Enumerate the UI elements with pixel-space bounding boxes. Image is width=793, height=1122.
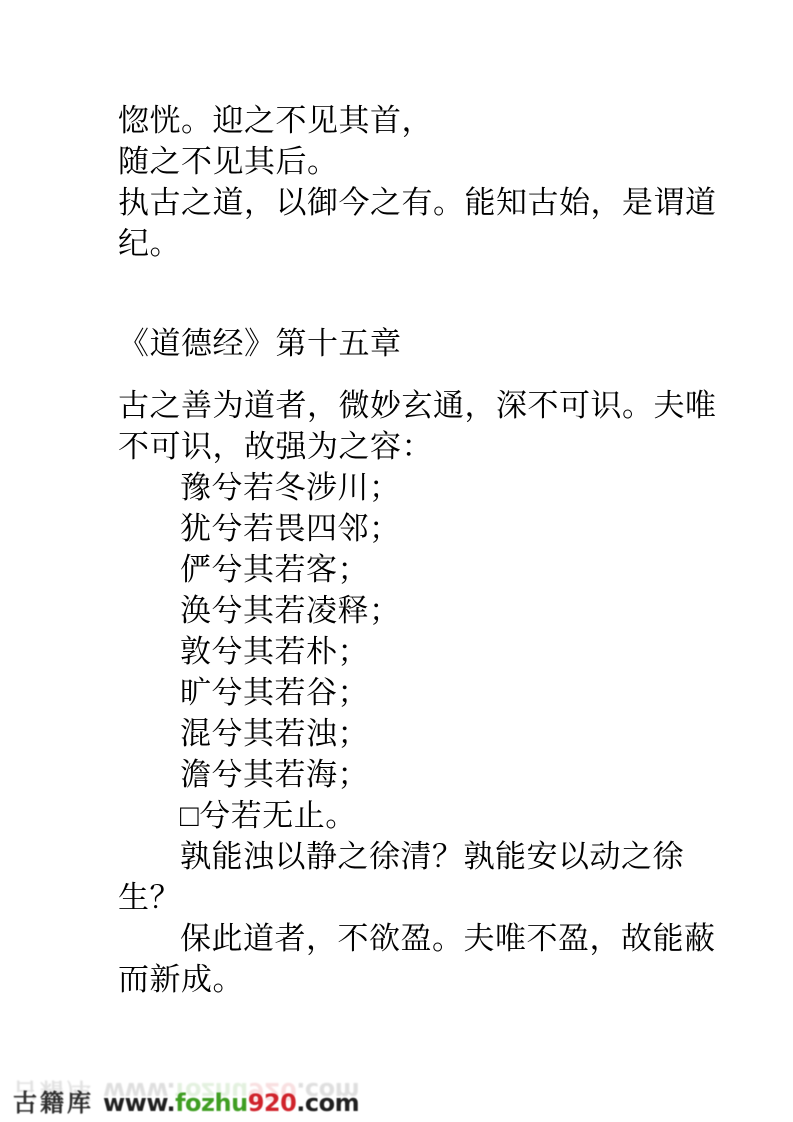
text-line: 澹兮其若海； — [118, 754, 724, 795]
text-line: 俨兮其若客； — [118, 549, 724, 590]
site-logo-reflection-url-suffix: .com — [296, 1077, 359, 1105]
text-line: 古之善为道者，微妙玄通，深不可识。夫唯 — [118, 385, 724, 426]
text-line: 敦兮其若朴； — [118, 631, 724, 672]
text-line: 执古之道，以御今之有。能知古始，是谓道 — [118, 182, 724, 223]
text-line: 随之不见其后。 — [118, 141, 724, 182]
document-page: 惚恍。迎之不见其首，随之不见其后。执古之道，以御今之有。能知古始，是谓道纪。《道… — [0, 0, 793, 1122]
text-line: 不可识，故强为之容： — [118, 426, 724, 467]
text-line: 豫兮若冬涉川； — [118, 467, 724, 508]
chapter-title: 《道德经》第十五章 — [118, 323, 724, 364]
text-line: 旷兮其若谷； — [118, 672, 724, 713]
text-line: 生？ — [118, 877, 724, 918]
site-logo-reflection-brand: 古籍库 — [13, 1077, 94, 1105]
text-line: 犹兮若畏四邻； — [118, 508, 724, 549]
text-line: □兮若无止。 — [118, 795, 724, 836]
text-line: 惚恍。迎之不见其首， — [118, 100, 724, 141]
text-line: 孰能浊以静之徐清？孰能安以动之徐 — [118, 836, 724, 877]
site-logo-reflection: 古籍库www.fozhu920.com — [13, 1083, 359, 1111]
site-logo-reflection-url-red: 920 — [248, 1077, 297, 1105]
document-body: 惚恍。迎之不见其首，随之不见其后。执古之道，以御今之有。能知古始，是谓道纪。《道… — [118, 100, 724, 1000]
text-line: 保此道者，不欲盈。夫唯不盈，故能蔽 — [118, 918, 724, 959]
site-logo-reflection-url-green: fozhu — [175, 1077, 248, 1105]
text-line: 纪。 — [118, 223, 724, 264]
text-line: 涣兮其若凌释； — [118, 590, 724, 631]
blank-line — [118, 264, 724, 305]
text-line: 而新成。 — [118, 959, 724, 1000]
site-logo-reflection-url-prefix: www. — [103, 1077, 175, 1105]
text-line: 混兮其若浊； — [118, 713, 724, 754]
